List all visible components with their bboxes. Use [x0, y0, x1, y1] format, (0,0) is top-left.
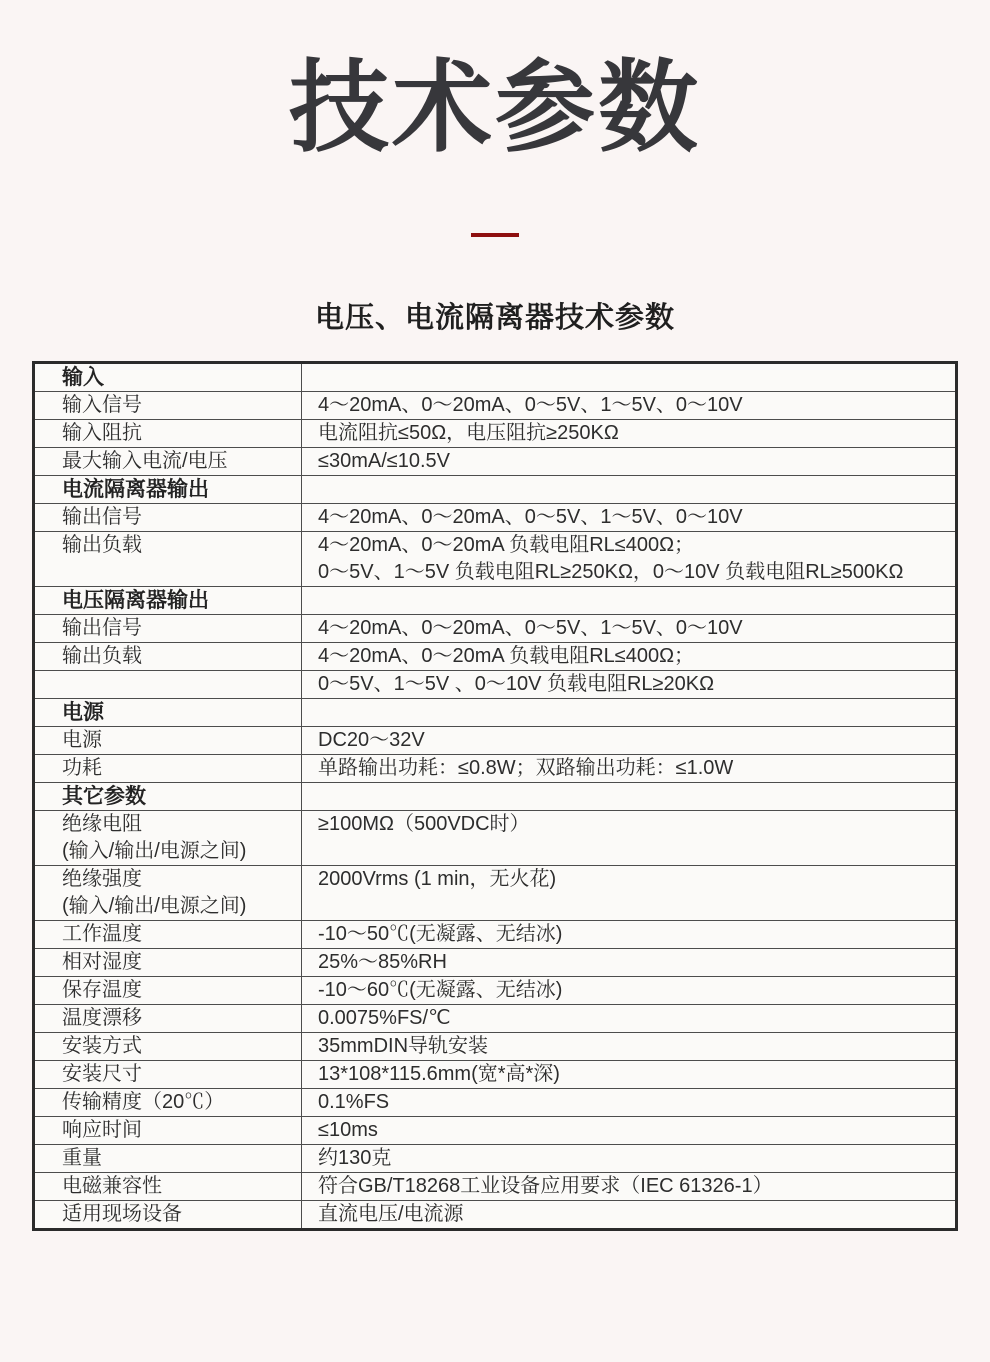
table-row: 相对湿度25%～85%RH — [34, 949, 957, 977]
param-label-cell: 电源 — [34, 727, 302, 755]
param-label-cell: 电压隔离器输出 — [34, 587, 302, 615]
table-row: 绝缘强度 (输入/输出/电源之间)2000Vrms (1 min，无火花) — [34, 866, 957, 921]
table-row: 响应时间≤10ms — [34, 1117, 957, 1145]
param-value-cell: 4～20mA、0～20mA、0～5V、1～5V、0～10V — [302, 615, 957, 643]
param-value-cell: 单路输出功耗：≤0.8W；双路输出功耗：≤1.0W — [302, 755, 957, 783]
param-label-cell: 输出负载 — [34, 643, 302, 671]
table-row: 输入阻抗电流阻抗≤50Ω，电压阻抗≥250KΩ — [34, 420, 957, 448]
param-value-cell: ≤30mA/≤10.5V — [302, 448, 957, 476]
param-value-cell — [302, 587, 957, 615]
page: 技术参数 电压、电流隔离器技术参数 输入输入信号4～20mA、0～20mA、0～… — [0, 0, 990, 1362]
table-row: 输出负载4～20mA、0～20mA 负载电阻RL≤400Ω； — [34, 643, 957, 671]
table-row: 安装尺寸13*108*115.6mm(宽*高*深) — [34, 1061, 957, 1089]
spec-table-body: 输入输入信号4～20mA、0～20mA、0～5V、1～5V、0～10V输入阻抗电… — [34, 363, 957, 1230]
param-value-cell: ≥100MΩ（500VDC时） — [302, 811, 957, 866]
param-value-cell: -10～60℃(无凝露、无结冰) — [302, 977, 957, 1005]
param-value-cell: 13*108*115.6mm(宽*高*深) — [302, 1061, 957, 1089]
page-subtitle: 电压、电流隔离器技术参数 — [0, 295, 990, 336]
param-value-cell — [302, 476, 957, 504]
param-label-cell: 绝缘强度 (输入/输出/电源之间) — [34, 866, 302, 921]
param-label-cell: 其它参数 — [34, 783, 302, 811]
table-row: 输出负载4～20mA、0～20mA 负载电阻RL≤400Ω； 0～5V、1～5V… — [34, 532, 957, 587]
param-label-cell: 输入 — [34, 363, 302, 392]
table-row: 功耗单路输出功耗：≤0.8W；双路输出功耗：≤1.0W — [34, 755, 957, 783]
table-row: 最大输入电流/电压≤30mA/≤10.5V — [34, 448, 957, 476]
param-label-cell: 温度漂移 — [34, 1005, 302, 1033]
section-row: 电源 — [34, 699, 957, 727]
table-row: 输出信号4～20mA、0～20mA、0～5V、1～5V、0～10V — [34, 615, 957, 643]
param-label-cell: 输入信号 — [34, 392, 302, 420]
table-row: 输出信号4～20mA、0～20mA、0～5V、1～5V、0～10V — [34, 504, 957, 532]
param-label-cell: 输出信号 — [34, 615, 302, 643]
param-label-cell — [34, 671, 302, 699]
param-value-cell — [302, 363, 957, 392]
param-label-cell: 电流隔离器输出 — [34, 476, 302, 504]
spec-table: 输入输入信号4～20mA、0～20mA、0～5V、1～5V、0～10V输入阻抗电… — [32, 361, 958, 1231]
param-value-cell: 25%～85%RH — [302, 949, 957, 977]
param-value-cell: 4～20mA、0～20mA 负载电阻RL≤400Ω； 0～5V、1～5V 负载电… — [302, 532, 957, 587]
title-divider — [471, 233, 519, 237]
param-label-cell: 保存温度 — [34, 977, 302, 1005]
table-row: 保存温度-10～60℃(无凝露、无结冰) — [34, 977, 957, 1005]
table-row: 电磁兼容性符合GB/T18268工业设备应用要求（IEC 61326-1） — [34, 1173, 957, 1201]
param-value-cell: 4～20mA、0～20mA、0～5V、1～5V、0～10V — [302, 392, 957, 420]
param-label-cell: 适用现场设备 — [34, 1201, 302, 1230]
param-label-cell: 功耗 — [34, 755, 302, 783]
param-value-cell: 0.1%FS — [302, 1089, 957, 1117]
table-row: 绝缘电阻 (输入/输出/电源之间)≥100MΩ（500VDC时） — [34, 811, 957, 866]
param-label-cell: 传输精度（20℃） — [34, 1089, 302, 1117]
param-label-cell: 输出信号 — [34, 504, 302, 532]
section-row: 输入 — [34, 363, 957, 392]
table-row: 重量约130克 — [34, 1145, 957, 1173]
section-row: 其它参数 — [34, 783, 957, 811]
param-value-cell: 电流阻抗≤50Ω，电压阻抗≥250KΩ — [302, 420, 957, 448]
table-row: 电源DC20～32V — [34, 727, 957, 755]
table-row: 输入信号4～20mA、0～20mA、0～5V、1～5V、0～10V — [34, 392, 957, 420]
table-row: 传输精度（20℃）0.1%FS — [34, 1089, 957, 1117]
param-value-cell: 35mmDIN导轨安装 — [302, 1033, 957, 1061]
param-label-cell: 响应时间 — [34, 1117, 302, 1145]
table-row: 工作温度-10～50℃(无凝露、无结冰) — [34, 921, 957, 949]
page-title: 技术参数 — [0, 0, 990, 161]
param-value-cell: 直流电压/电流源 — [302, 1201, 957, 1230]
section-row: 电压隔离器输出 — [34, 587, 957, 615]
param-value-cell — [302, 783, 957, 811]
table-row: 温度漂移0.0075%FS/℃ — [34, 1005, 957, 1033]
param-label-cell: 电磁兼容性 — [34, 1173, 302, 1201]
table-row: 0～5V、1～5V 、0～10V 负载电阻RL≥20KΩ — [34, 671, 957, 699]
table-row: 适用现场设备直流电压/电流源 — [34, 1201, 957, 1230]
param-label-cell: 安装尺寸 — [34, 1061, 302, 1089]
param-value-cell: DC20～32V — [302, 727, 957, 755]
param-value-cell — [302, 699, 957, 727]
param-label-cell: 输入阻抗 — [34, 420, 302, 448]
param-label-cell: 最大输入电流/电压 — [34, 448, 302, 476]
table-row: 安装方式35mmDIN导轨安装 — [34, 1033, 957, 1061]
param-value-cell: 0.0075%FS/℃ — [302, 1005, 957, 1033]
param-value-cell: 4～20mA、0～20mA、0～5V、1～5V、0～10V — [302, 504, 957, 532]
param-value-cell: 2000Vrms (1 min，无火花) — [302, 866, 957, 921]
param-value-cell: 约130克 — [302, 1145, 957, 1173]
param-label-cell: 安装方式 — [34, 1033, 302, 1061]
param-value-cell: 0～5V、1～5V 、0～10V 负载电阻RL≥20KΩ — [302, 671, 957, 699]
param-label-cell: 绝缘电阻 (输入/输出/电源之间) — [34, 811, 302, 866]
param-label-cell: 输出负载 — [34, 532, 302, 587]
param-label-cell: 相对湿度 — [34, 949, 302, 977]
param-value-cell: -10～50℃(无凝露、无结冰) — [302, 921, 957, 949]
param-label-cell: 重量 — [34, 1145, 302, 1173]
param-label-cell: 工作温度 — [34, 921, 302, 949]
param-value-cell: 4～20mA、0～20mA 负载电阻RL≤400Ω； — [302, 643, 957, 671]
section-row: 电流隔离器输出 — [34, 476, 957, 504]
param-value-cell: 符合GB/T18268工业设备应用要求（IEC 61326-1） — [302, 1173, 957, 1201]
param-value-cell: ≤10ms — [302, 1117, 957, 1145]
param-label-cell: 电源 — [34, 699, 302, 727]
